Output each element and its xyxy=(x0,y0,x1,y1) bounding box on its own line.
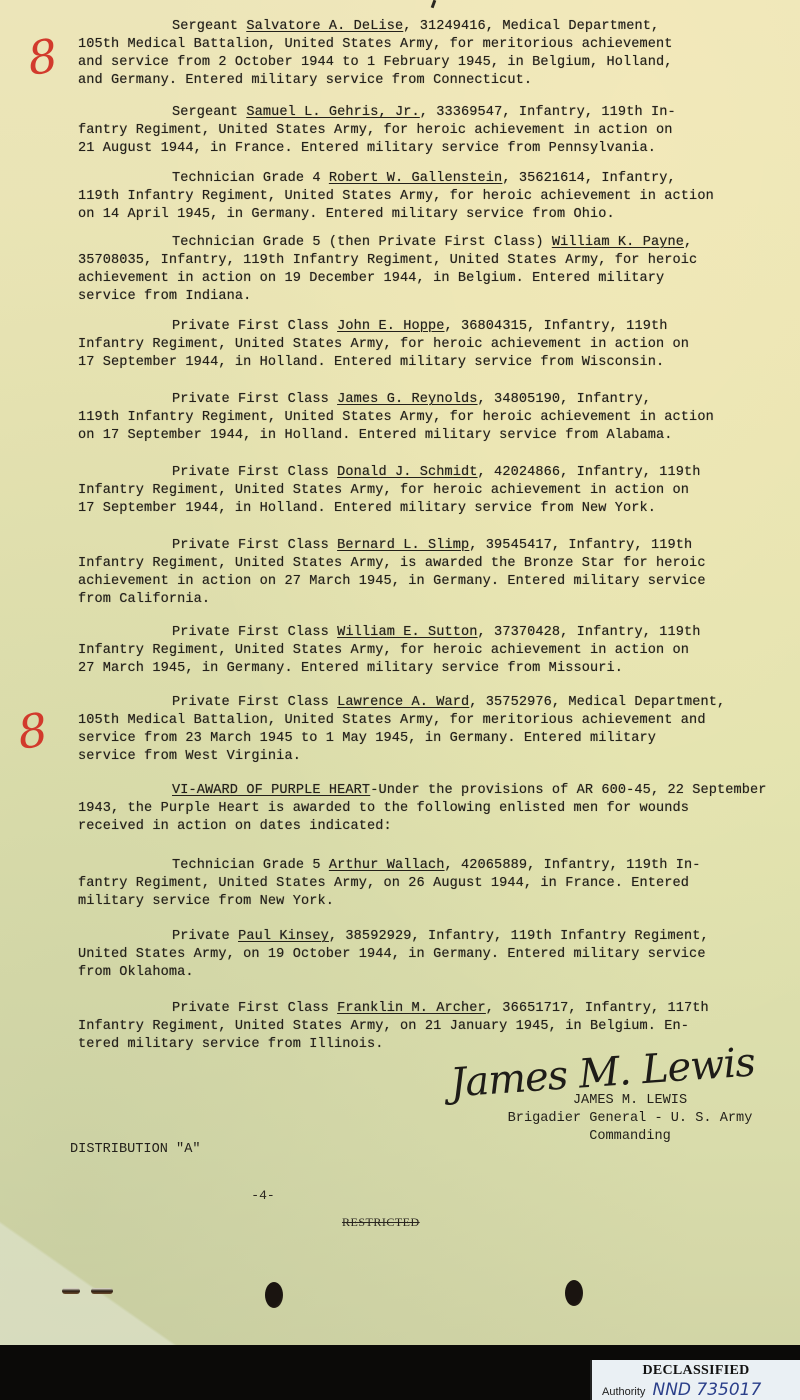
entry-text: service from West Virginia. xyxy=(78,749,301,764)
stamp-authority-label: Authority xyxy=(602,1386,645,1398)
entry-line: Sergeant Samuel L. Gehris, Jr., 33369547… xyxy=(78,104,758,122)
red-margin-mark: 8 xyxy=(25,32,60,82)
entry-line: on 17 September 1944, in Holland. Entere… xyxy=(78,427,758,445)
entry-text: Sergeant xyxy=(172,105,246,120)
entry-text: 119th Infantry Regiment, United States A… xyxy=(78,189,714,204)
recipient-name: William K. Payne xyxy=(552,235,684,250)
staple-icon xyxy=(62,1288,80,1294)
award-entry: Private First Class Lawrence A. Ward, 35… xyxy=(78,694,758,766)
page-number: -4- xyxy=(248,1188,278,1203)
entry-text: from California. xyxy=(78,592,210,607)
entry-text: Infantry Regiment, United States Army, i… xyxy=(78,556,706,571)
entry-text: tered military service from Illinois. xyxy=(78,1037,384,1052)
entry-text: Private First Class xyxy=(172,1001,337,1016)
entry-line: fantry Regiment, United States Army, for… xyxy=(78,122,758,140)
punch-hole-icon xyxy=(265,1282,283,1308)
recipient-name: James G. Reynolds xyxy=(337,392,477,407)
folded-corner xyxy=(0,1215,240,1345)
entry-line: Technician Grade 5 (then Private First C… xyxy=(78,234,758,252)
entry-text: achievement in action on 19 December 194… xyxy=(78,271,664,286)
entry-line: service from West Virginia. xyxy=(78,748,758,766)
entry-text: Private xyxy=(172,929,238,944)
entry-text: Private First Class xyxy=(172,625,337,640)
stamp-authority: Authority NND 735017 xyxy=(592,1380,800,1400)
entry-line: achievement in action on 19 December 194… xyxy=(78,270,758,288)
distribution-line: DISTRIBUTION "A" xyxy=(70,1142,201,1157)
entry-text: Private First Class xyxy=(172,319,337,334)
entry-line: Infantry Regiment, United States Army, f… xyxy=(78,336,758,354)
entry-line: Sergeant Salvatore A. DeLise, 31249416, … xyxy=(78,18,758,36)
entry-line: on 14 April 1945, in Germany. Entered mi… xyxy=(78,206,758,224)
entry-line: Private First Class Donald J. Schmidt, 4… xyxy=(78,464,758,482)
recipient-name: Lawrence A. Ward xyxy=(337,695,469,710)
entry-text: , 35621614, Infantry, xyxy=(502,171,675,186)
entry-line: United States Army, on 19 October 1944, … xyxy=(78,946,758,964)
entry-line: Technician Grade 4 Robert W. Gallenstein… xyxy=(78,170,758,188)
recipient-name: Franklin M. Archer xyxy=(337,1001,486,1016)
entry-text: 21 August 1944, in France. Entered milit… xyxy=(78,141,656,156)
recipient-name: John E. Hoppe xyxy=(337,319,444,334)
entry-line: Private First Class William E. Sutton, 3… xyxy=(78,624,758,642)
entry-text: achievement in action on 27 March 1945, … xyxy=(78,574,706,589)
entry-text: , 39545417, Infantry, 119th xyxy=(469,538,692,553)
entry-line: 35708035, Infantry, 119th Infantry Regim… xyxy=(78,252,758,270)
award-entry: Private First Class James G. Reynolds, 3… xyxy=(78,391,758,445)
entry-text: Infantry Regiment, United States Army, f… xyxy=(78,483,689,498)
award-entry: Technician Grade 5 (then Private First C… xyxy=(78,234,758,306)
entry-text: , 36651717, Infantry, 117th xyxy=(486,1001,709,1016)
recipient-name: William E. Sutton xyxy=(337,625,477,640)
punch-hole-icon xyxy=(565,1280,583,1306)
entry-text: fantry Regiment, United States Army, for… xyxy=(78,123,673,138)
classification-marking: RESTRICTED xyxy=(342,1215,420,1230)
entry-text: and service from 2 October 1944 to 1 Feb… xyxy=(78,55,673,70)
signer-role: Commanding xyxy=(480,1128,780,1146)
ink-mark xyxy=(431,0,437,8)
entry-line: 119th Infantry Regiment, United States A… xyxy=(78,409,758,427)
entry-line: Private First Class Lawrence A. Ward, 35… xyxy=(78,694,758,712)
entry-text: Private First Class xyxy=(172,695,337,710)
red-margin-mark: 8 xyxy=(15,706,50,756)
entry-line: from California. xyxy=(78,591,758,609)
signature-block: JAMES M. LEWIS Brigadier General - U. S.… xyxy=(480,1092,780,1146)
recipient-name: Samuel L. Gehris, Jr. xyxy=(246,105,419,120)
award-entry: Technician Grade 5 Arthur Wallach, 42065… xyxy=(78,857,758,911)
entry-line: 17 September 1944, in Holland. Entered m… xyxy=(78,354,758,372)
entry-text: Private First Class xyxy=(172,465,337,480)
entry-line: 21 August 1944, in France. Entered milit… xyxy=(78,140,758,158)
entry-line: Infantry Regiment, United States Army, f… xyxy=(78,482,758,500)
award-entry: Private First Class William E. Sutton, 3… xyxy=(78,624,758,678)
section-heading-paragraph: VI-AWARD OF PURPLE HEART-Under the provi… xyxy=(78,782,758,836)
entry-text: military service from New York. xyxy=(78,894,334,909)
entry-text: Technician Grade 5 xyxy=(172,858,329,873)
entry-text: Private First Class xyxy=(172,538,337,553)
entry-text: Sergeant xyxy=(172,19,246,34)
entry-line: Private First Class Bernard L. Slimp, 39… xyxy=(78,537,758,555)
signer-title: Brigadier General - U. S. Army xyxy=(480,1110,780,1128)
entry-text: 35708035, Infantry, 119th Infantry Regim… xyxy=(78,253,697,268)
document-page: Sergeant Salvatore A. DeLise, 31249416, … xyxy=(0,0,800,1345)
entry-text: 17 September 1944, in Holland. Entered m… xyxy=(78,501,656,516)
stamp-title: DECLASSIFIED xyxy=(592,1363,800,1379)
entry-text: , 35752976, Medical Department, xyxy=(469,695,725,710)
entry-text: service from 23 March 1945 to 1 May 1945… xyxy=(78,731,656,746)
entry-text: 105th Medical Battalion, United States A… xyxy=(78,37,673,52)
entry-line: Infantry Regiment, United States Army, f… xyxy=(78,642,758,660)
entry-text: 27 March 1945, in Germany. Entered milit… xyxy=(78,661,623,676)
entry-text: on 17 September 1944, in Holland. Entere… xyxy=(78,428,673,443)
section-title: VI-AWARD OF PURPLE HEART xyxy=(172,783,370,798)
declassified-stamp: DECLASSIFIED Authority NND 735017 xyxy=(590,1360,800,1400)
entry-line: from Oklahoma. xyxy=(78,964,758,982)
entry-text: 17 September 1944, in Holland. Entered m… xyxy=(78,355,664,370)
entry-line: 1943, the Purple Heart is awarded to the… xyxy=(78,800,758,818)
entry-text: 1943, the Purple Heart is awarded to the… xyxy=(78,801,689,816)
entry-text: Technician Grade 4 xyxy=(172,171,329,186)
entry-text: 119th Infantry Regiment, United States A… xyxy=(78,410,714,425)
signer-name: JAMES M. LEWIS xyxy=(480,1092,780,1110)
entry-text: received in action on dates indicated: xyxy=(78,819,392,834)
recipient-name: Bernard L. Slimp xyxy=(337,538,469,553)
entry-line: 105th Medical Battalion, United States A… xyxy=(78,712,758,730)
entry-text: , 36804315, Infantry, 119th xyxy=(445,319,668,334)
entry-text: on 14 April 1945, in Germany. Entered mi… xyxy=(78,207,615,222)
entry-line: and Germany. Entered military service fr… xyxy=(78,72,758,90)
entry-line: military service from New York. xyxy=(78,893,758,911)
stamp-authority-code: NND 735017 xyxy=(652,1380,761,1400)
entry-line: Infantry Regiment, United States Army, i… xyxy=(78,555,758,573)
entry-line: Technician Grade 5 Arthur Wallach, 42065… xyxy=(78,857,758,875)
entry-line: Infantry Regiment, United States Army, o… xyxy=(78,1018,758,1036)
recipient-name: Salvatore A. DeLise xyxy=(246,19,403,34)
entry-line: and service from 2 October 1944 to 1 Feb… xyxy=(78,54,758,72)
recipient-name: Paul Kinsey xyxy=(238,929,329,944)
entry-line: 105th Medical Battalion, United States A… xyxy=(78,36,758,54)
entry-line: service from Indiana. xyxy=(78,288,758,306)
staple-icon xyxy=(91,1288,113,1294)
entry-line: Private First Class James G. Reynolds, 3… xyxy=(78,391,758,409)
entry-text: Infantry Regiment, United States Army, f… xyxy=(78,643,689,658)
entry-text: fantry Regiment, United States Army, on … xyxy=(78,876,689,891)
entry-text: , 37370428, Infantry, 119th xyxy=(478,625,701,640)
award-entry: Private First Class Donald J. Schmidt, 4… xyxy=(78,464,758,518)
award-entry: Sergeant Salvatore A. DeLise, 31249416, … xyxy=(78,18,758,90)
award-entry: Technician Grade 4 Robert W. Gallenstein… xyxy=(78,170,758,224)
award-entry: Private First Class Bernard L. Slimp, 39… xyxy=(78,537,758,609)
entry-line: Private First Class Franklin M. Archer, … xyxy=(78,1000,758,1018)
entry-text: -Under the provisions of AR 600-45, 22 S… xyxy=(370,783,766,798)
recipient-name: Robert W. Gallenstein xyxy=(329,171,502,186)
entry-text: , 31249416, Medical Department, xyxy=(403,19,659,34)
entry-text: Infantry Regiment, United States Army, o… xyxy=(78,1019,689,1034)
entry-text: , 38592929, Infantry, 119th Infantry Reg… xyxy=(329,929,709,944)
entry-text: Infantry Regiment, United States Army, f… xyxy=(78,337,689,352)
recipient-name: Donald J. Schmidt xyxy=(337,465,477,480)
award-entry: Sergeant Samuel L. Gehris, Jr., 33369547… xyxy=(78,104,758,158)
entry-line: Private Paul Kinsey, 38592929, Infantry,… xyxy=(78,928,758,946)
entry-text: , 34805190, Infantry, xyxy=(478,392,651,407)
entry-line: 27 March 1945, in Germany. Entered milit… xyxy=(78,660,758,678)
entry-line: service from 23 March 1945 to 1 May 1945… xyxy=(78,730,758,748)
entry-line: received in action on dates indicated: xyxy=(78,818,758,836)
recipient-name: Arthur Wallach xyxy=(329,858,445,873)
entry-line: Private First Class John E. Hoppe, 36804… xyxy=(78,318,758,336)
entry-line: VI-AWARD OF PURPLE HEART-Under the provi… xyxy=(78,782,758,800)
entry-text: and Germany. Entered military service fr… xyxy=(78,73,532,88)
entry-line: 119th Infantry Regiment, United States A… xyxy=(78,188,758,206)
entry-text: Private First Class xyxy=(172,392,337,407)
entry-text: United States Army, on 19 October 1944, … xyxy=(78,947,706,962)
entry-text: service from Indiana. xyxy=(78,289,251,304)
award-entry: Private Paul Kinsey, 38592929, Infantry,… xyxy=(78,928,758,982)
entry-text: , 42024866, Infantry, 119th xyxy=(478,465,701,480)
entry-line: achievement in action on 27 March 1945, … xyxy=(78,573,758,591)
entry-text: from Oklahoma. xyxy=(78,965,194,980)
entry-line: 17 September 1944, in Holland. Entered m… xyxy=(78,500,758,518)
entry-text: , 33369547, Infantry, 119th In- xyxy=(420,105,676,120)
entry-text: , 42065889, Infantry, 119th In- xyxy=(445,858,701,873)
entry-text: , xyxy=(684,235,692,250)
entry-text: 105th Medical Battalion, United States A… xyxy=(78,713,706,728)
entry-text: Technician Grade 5 (then Private First C… xyxy=(172,235,552,250)
award-entry: Private First Class John E. Hoppe, 36804… xyxy=(78,318,758,372)
entry-line: fantry Regiment, United States Army, on … xyxy=(78,875,758,893)
